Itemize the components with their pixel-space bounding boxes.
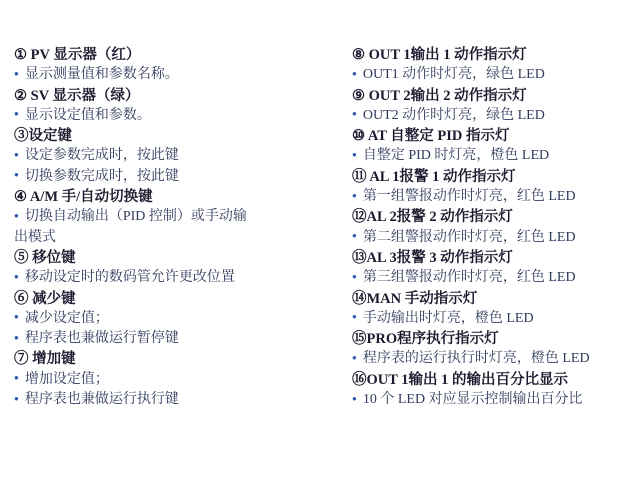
left-column: ① PV 显示器（红） 显示测量值和参数名称。 ② SV 显示器（绿） 显示设定…: [14, 45, 344, 410]
right-column: ⑧ OUT 1输出 1 动作指示灯 OUT1 动作时灯亮，绿色 LED ⑨ OU…: [352, 45, 638, 410]
bullet-line: OUT2 动作时灯亮，绿色 LED: [352, 106, 638, 126]
bullet-line: 手动输出时灯亮，橙色 LED: [352, 309, 638, 329]
bullet-line: 切换参数完成时，按此键: [14, 167, 344, 187]
bullet-line: 显示测量值和参数名称。: [14, 65, 344, 85]
heading-line: ② SV 显示器（绿）: [14, 86, 344, 106]
heading-line: ⑤ 移位键: [14, 248, 344, 268]
bullet-line: 第二组警报动作时灯亮，红色 LED: [352, 228, 638, 248]
document-page: ① PV 显示器（红） 显示测量值和参数名称。 ② SV 显示器（绿） 显示设定…: [0, 0, 640, 480]
heading-line: ⑪ AL 1报警 1 动作指示灯: [352, 167, 638, 187]
heading-line: ⑮PRO程序执行指示灯: [352, 329, 638, 349]
bullet-line: 增加设定值；: [14, 370, 344, 390]
bullet-line: 程序表的运行执行时灯亮，橙色 LED: [352, 349, 638, 369]
bullet-line: 减少设定值；: [14, 309, 344, 329]
bullet-line: OUT1 动作时灯亮，绿色 LED: [352, 65, 638, 85]
bullet-line: 设定参数完成时，按此键: [14, 146, 344, 166]
bullet-line: 移动设定时的数码管允许更改位置: [14, 268, 344, 288]
heading-line: ⑩ AT 自整定 PID 指示灯: [352, 126, 638, 146]
heading-line: ⑧ OUT 1输出 1 动作指示灯: [352, 45, 638, 65]
bullet-line: 第三组警报动作时灯亮，红色 LED: [352, 268, 638, 288]
heading-line: ⑨ OUT 2输出 2 动作指示灯: [352, 86, 638, 106]
heading-line: ③设定键: [14, 126, 344, 146]
heading-line: ⑯OUT 1输出 1 的输出百分比显示: [352, 370, 638, 390]
heading-line: ⑫AL 2报警 2 动作指示灯: [352, 207, 638, 227]
bullet-line: 10 个 LED 对应显示控制输出百分比: [352, 390, 638, 410]
bullet-line: 切换自动输出（PID 控制）或手动输: [14, 207, 344, 227]
bullet-line: 程序表也兼做运行暂停键: [14, 329, 344, 349]
heading-line: ① PV 显示器（红）: [14, 45, 344, 65]
continuation-line: 出模式: [14, 228, 344, 248]
heading-line: ⑥ 减少键: [14, 289, 344, 309]
bullet-line: 第一组警报动作时灯亮，红色 LED: [352, 187, 638, 207]
heading-line: ⑦ 增加键: [14, 349, 344, 369]
heading-line: ⑭MAN 手动指示灯: [352, 289, 638, 309]
heading-line: ⑬AL 3报警 3 动作指示灯: [352, 248, 638, 268]
bullet-line: 自整定 PID 时灯亮，橙色 LED: [352, 146, 638, 166]
heading-line: ④ A/M 手/自动切换键: [14, 187, 344, 207]
bullet-line: 程序表也兼做运行执行键: [14, 390, 344, 410]
bullet-line: 显示设定值和参数。: [14, 106, 344, 126]
